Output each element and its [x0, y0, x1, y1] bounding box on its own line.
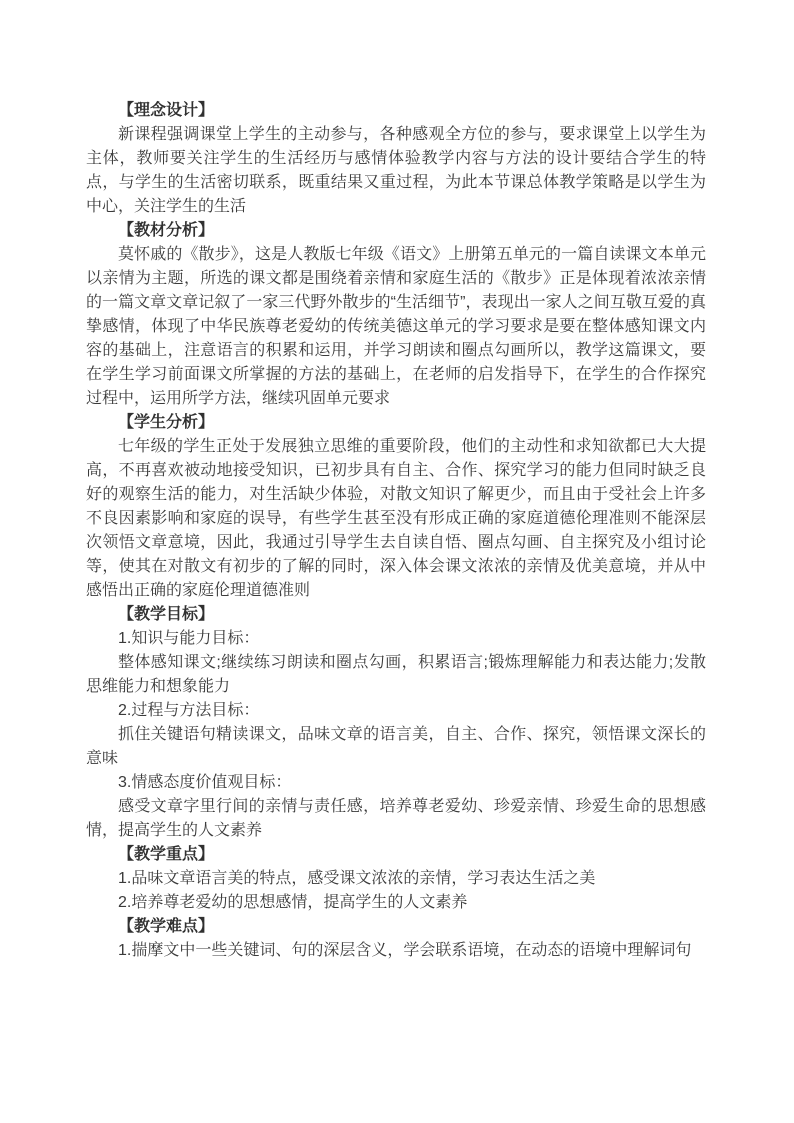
document-page: 【理念设计】 新课程强调课堂上学生的主动参与，各种感观全方位的参与，要求课堂上以… — [0, 0, 794, 1123]
paragraph-concept-design: 新课程强调课堂上学生的主动参与，各种感观全方位的参与，要求课堂上以学生为主体，教… — [86, 123, 706, 219]
paragraph-difficulty-1: 1.揣摩文中一些关键词、句的深层含义，学会联系语境，在动态的语境中理解词句 — [86, 939, 706, 963]
section-heading-teaching-focus: 【教学重点】 — [86, 843, 706, 867]
paragraph-focus-1: 1.品味文章语言美的特点，感受课文浓浓的亲情，学习表达生活之美 — [86, 867, 706, 891]
paragraph-goal-3-title: 3.情感态度价值观目标： — [86, 771, 706, 795]
paragraph-goal-3-body: 感受文章字里行间的亲情与责任感，培养尊老爱幼、珍爱亲情、珍爱生命的思想感情，提高… — [86, 795, 706, 843]
paragraph-goal-1-body: 整体感知课文;继续练习朗读和圈点勾画，积累语言;锻炼理解能力和表达能力;发散思维… — [86, 651, 706, 699]
paragraph-goal-2-title: 2.过程与方法目标： — [86, 699, 706, 723]
section-heading-material-analysis: 【教材分析】 — [86, 219, 706, 243]
paragraph-goal-2-body: 抓住关键语句精读课文，品味文章的语言美，自主、合作、探究，领悟课文深长的意味 — [86, 723, 706, 771]
section-heading-concept-design: 【理念设计】 — [86, 99, 706, 123]
paragraph-material-analysis: 莫怀戚的《散步》，这是人教版七年级《语文》上册第五单元的一篇自读课文本单元以亲情… — [86, 243, 706, 411]
paragraph-focus-2: 2.培养尊老爱幼的思想感情，提高学生的人文素养 — [86, 891, 706, 915]
section-heading-teaching-difficulty: 【教学难点】 — [86, 915, 706, 939]
paragraph-student-analysis: 七年级的学生正处于发展独立思维的重要阶段，他们的主动性和求知欲都已大大提高，不再… — [86, 435, 706, 603]
document-content: 【理念设计】 新课程强调课堂上学生的主动参与，各种感观全方位的参与，要求课堂上以… — [86, 99, 706, 963]
paragraph-goal-1-title: 1.知识与能力目标： — [86, 627, 706, 651]
section-heading-student-analysis: 【学生分析】 — [86, 411, 706, 435]
section-heading-teaching-goals: 【教学目标】 — [86, 603, 706, 627]
